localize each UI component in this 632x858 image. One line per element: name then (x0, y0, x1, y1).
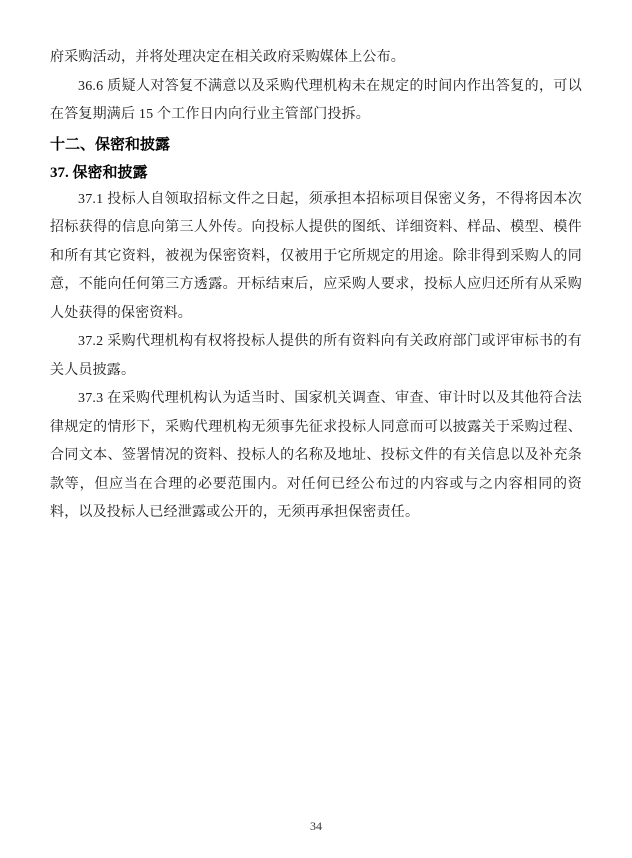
section-heading: 十二、保密和披露 (50, 133, 582, 158)
clause-37-3: 37.3 在采购代理机构认为适当时、国家机关调查、审查、审计时以及其他符合法律规… (50, 385, 582, 528)
page-number: 34 (0, 819, 632, 834)
article-heading: 37. 保密和披露 (50, 161, 582, 186)
clause-37-1: 37.1 投标人自领取招标文件之日起，须承担本招标项目保密义务，不得将因本次招标… (50, 186, 582, 329)
clause-36-6: 36.6 质疑人对答复不满意以及采购代理机构未在规定的时间内作出答复的，可以在答… (50, 73, 582, 130)
clause-37-2: 37.2 采购代理机构有权将投标人提供的所有资料向有关政府部门或评审标书的有关人… (50, 328, 582, 385)
paragraph-continuation: 府采购活动，并将处理决定在相关政府采购媒体上公布。 (50, 44, 582, 73)
document-page: 府采购活动，并将处理决定在相关政府采购媒体上公布。 36.6 质疑人对答复不满意… (0, 0, 632, 858)
